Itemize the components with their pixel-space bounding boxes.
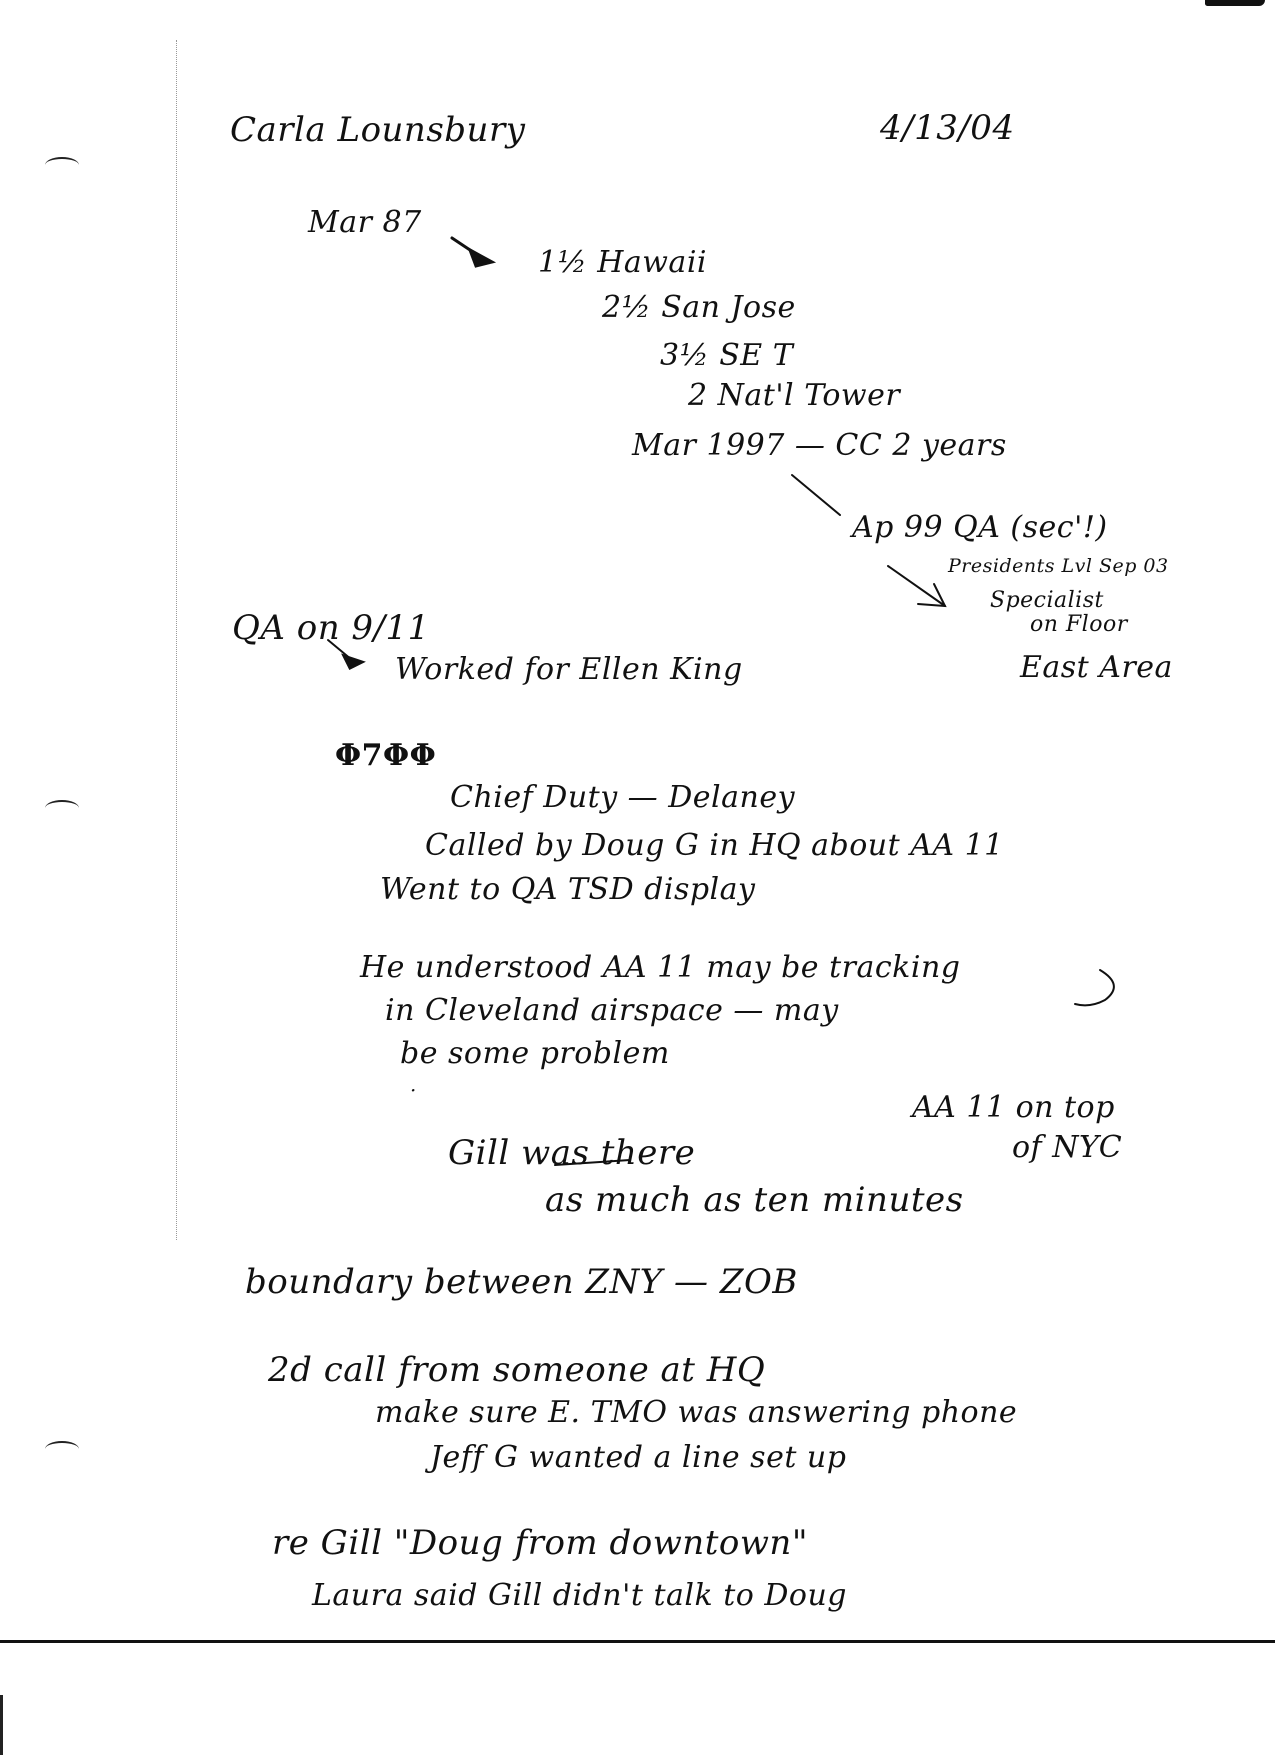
scanned-page: Carla Lounsbury 4/13/04 Mar 87 1½ Hawaii… — [0, 0, 1275, 1755]
curl-mark — [1075, 970, 1114, 1005]
arrow-head-icon — [344, 656, 362, 668]
connector-line — [792, 475, 840, 515]
strike-line — [555, 1160, 630, 1165]
arrow-head-icon — [470, 250, 492, 266]
hand-drawn-arrows — [0, 0, 1275, 1755]
bottom-rule — [0, 1640, 1275, 1643]
arrow-icon — [888, 566, 945, 606]
scan-edge — [0, 1695, 3, 1755]
